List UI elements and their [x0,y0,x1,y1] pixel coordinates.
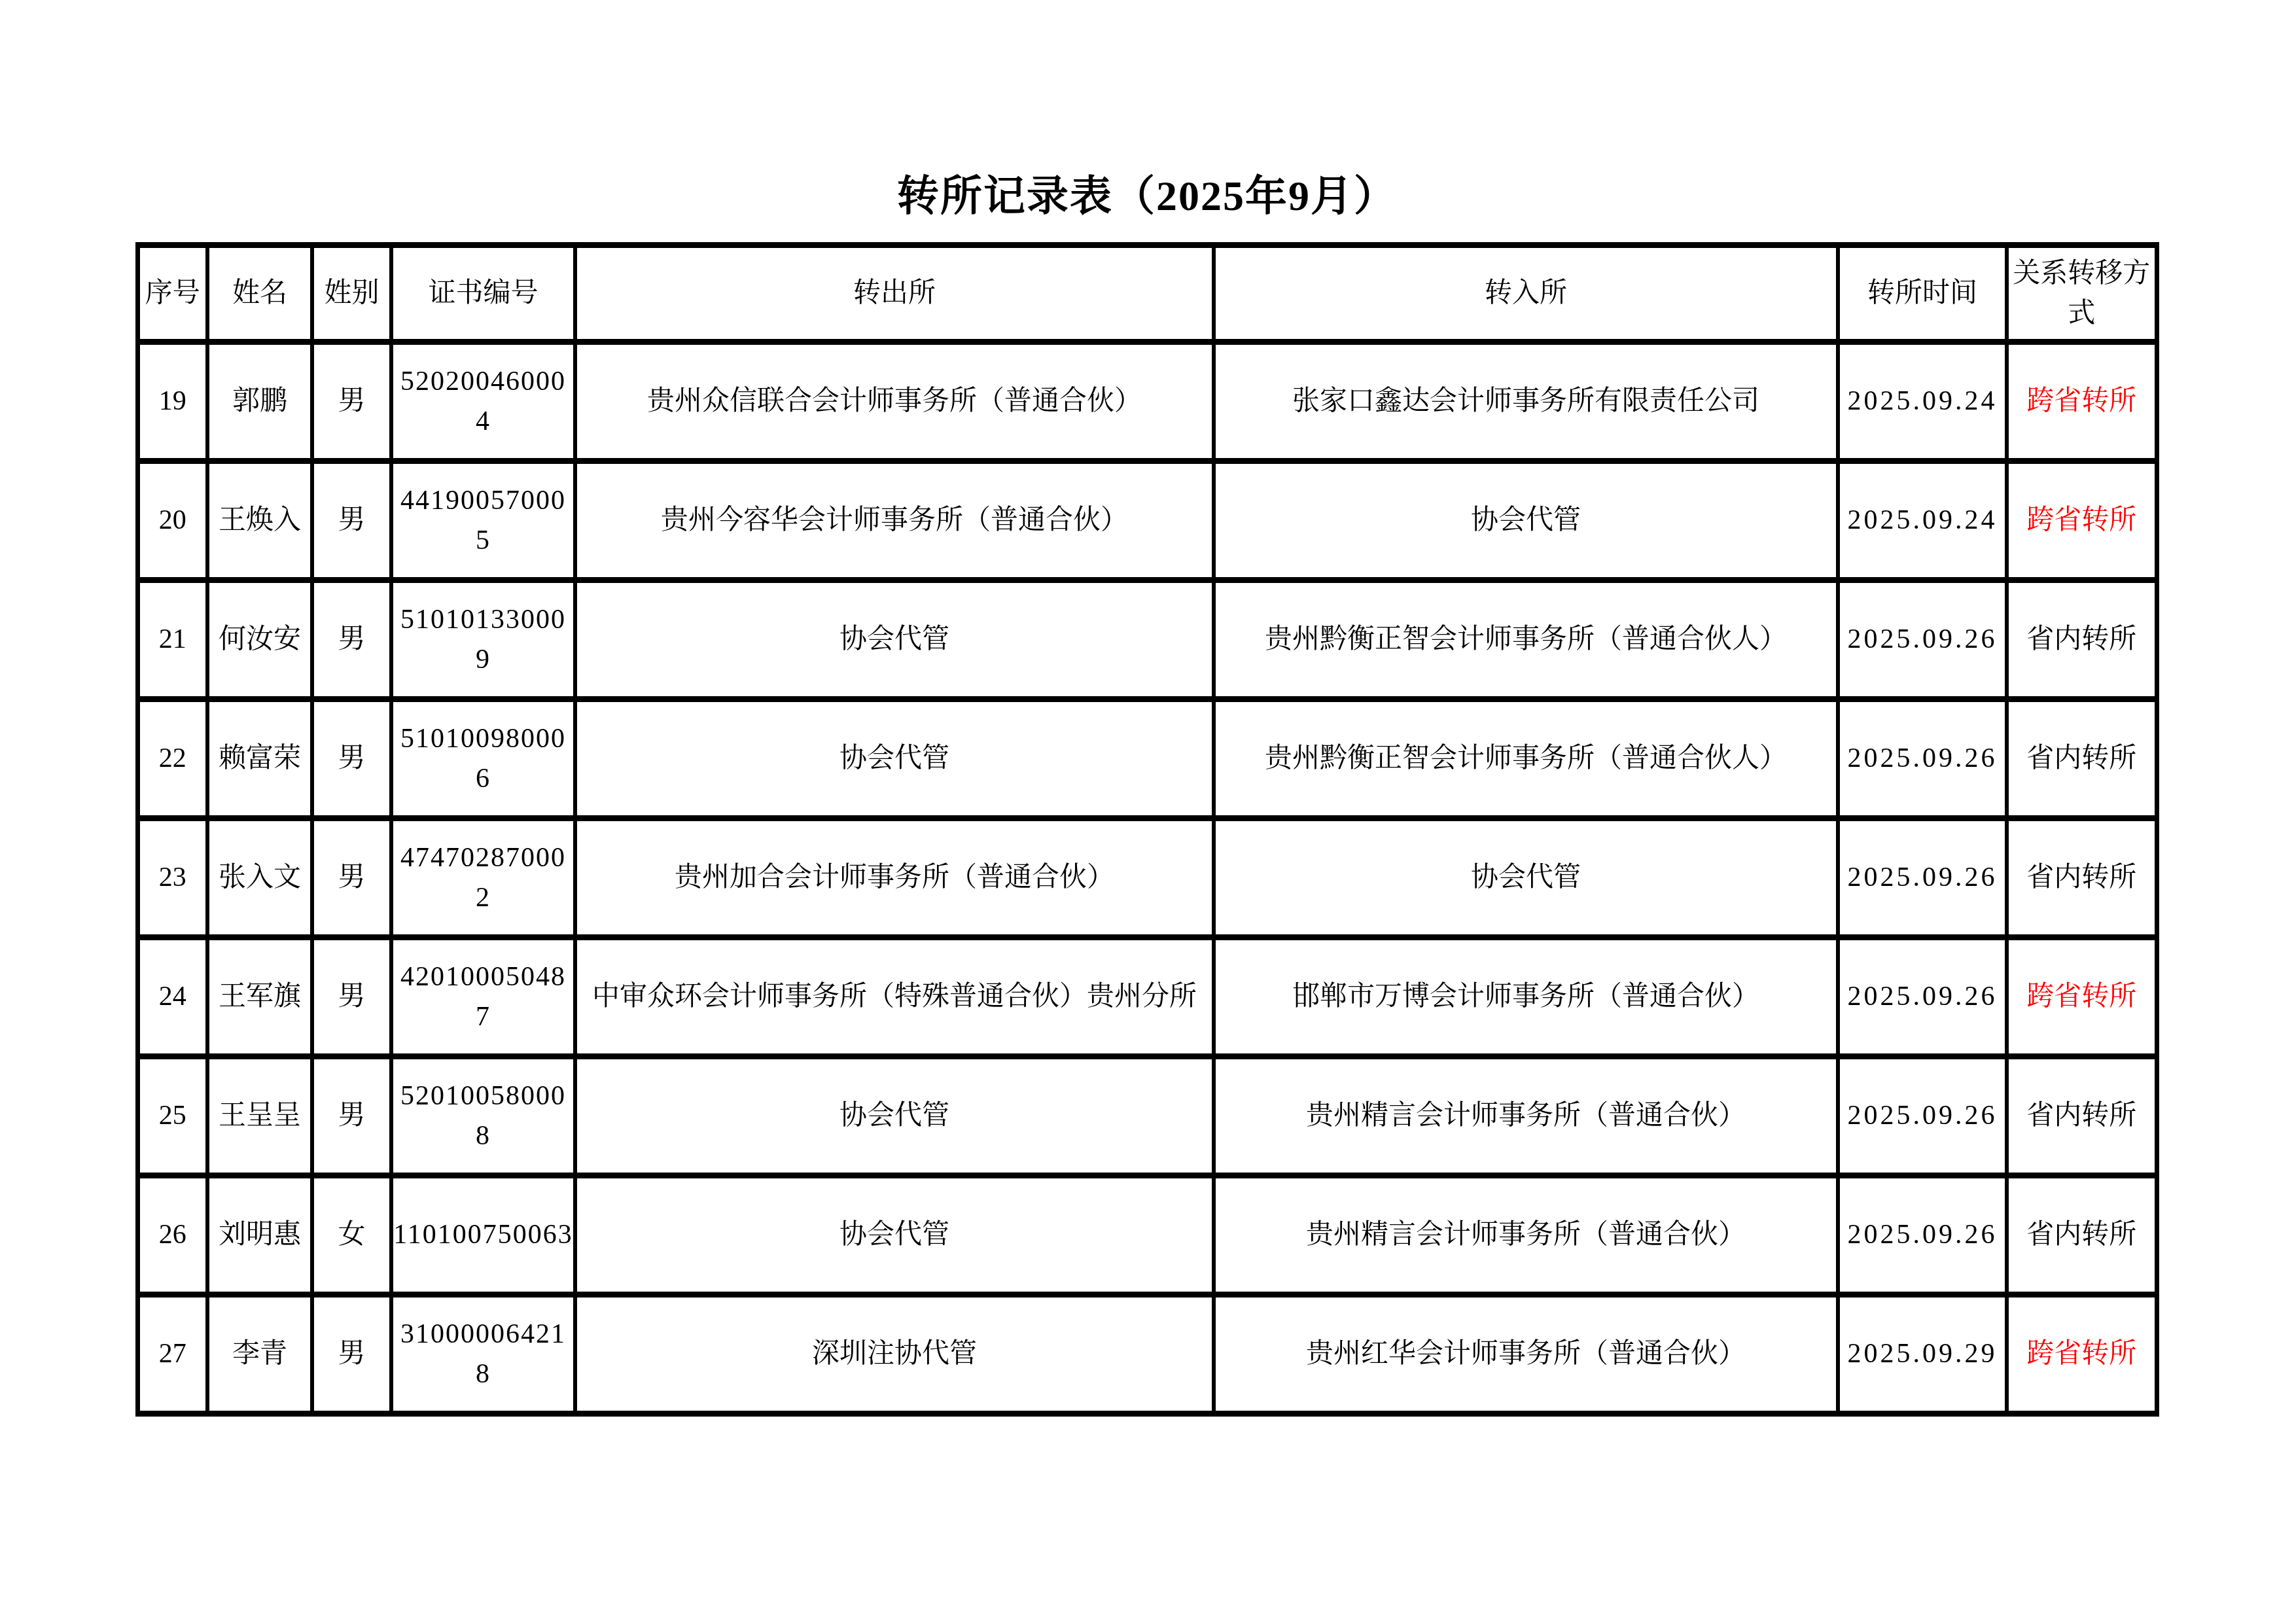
transfer-method-cell: 跨省转所 [2007,342,2157,461]
transfer-method-cell: 省内转所 [2007,819,2157,938]
name-cell: 李青 [207,1295,312,1414]
name-cell: 刘明惠 [207,1176,312,1295]
col-header-name: 姓名 [207,245,312,342]
transfer-method-cell: 省内转所 [2007,1176,2157,1295]
sequence-number-cell: 25 [137,1057,207,1176]
col-header-from: 转出所 [575,245,1214,342]
transfer-in-firm-cell: 贵州精言会计师事务所（普通合伙） [1214,1176,1838,1295]
document-page: 转所记录表（2025年9月） 序号 姓名 姓别 证书编号 转出所 转入所 转所时… [0,0,2294,1624]
certificate-no-cell: 474702870002 [391,819,575,938]
certificate-no-cell: 510101330009 [391,580,575,699]
sequence-number-cell: 19 [137,342,207,461]
gender-cell: 男 [312,938,391,1057]
table-row: 23 张入文 男 474702870002 贵州加合会计师事务所（普通合伙） 协… [137,819,2157,938]
gender-cell: 男 [312,1057,391,1176]
gender-cell: 男 [312,699,391,819]
table-row: 20 王焕入 男 441900570005 贵州今容华会计师事务所（普通合伙） … [137,461,2157,580]
transfer-out-firm-cell: 贵州众信联合会计师事务所（普通合伙） [575,342,1214,461]
gender-cell: 男 [312,580,391,699]
certificate-no-cell: 520200460004 [391,342,575,461]
transfer-date-cell: 2025.09.26 [1838,699,2007,819]
page-title: 转所记录表（2025年9月） [0,0,2294,219]
transfer-method-cell: 跨省转所 [2007,938,2157,1057]
transfer-date-cell: 2025.09.26 [1838,938,2007,1057]
transfer-in-firm-cell: 协会代管 [1214,819,1838,938]
table-header-row: 序号 姓名 姓别 证书编号 转出所 转入所 转所时间 关系转移方式 [137,245,2157,342]
certificate-no-cell: 110100750063 [391,1176,575,1295]
transfer-date-cell: 2025.09.24 [1838,342,2007,461]
gender-cell: 男 [312,342,391,461]
sequence-number-cell: 20 [137,461,207,580]
transfer-out-firm-cell: 深圳注协代管 [575,1295,1214,1414]
table-body: 19 郭鹏 男 520200460004 贵州众信联合会计师事务所（普通合伙） … [137,342,2157,1414]
transfer-in-firm-cell: 协会代管 [1214,461,1838,580]
transfer-date-cell: 2025.09.29 [1838,1295,2007,1414]
transfer-method-cell: 省内转所 [2007,699,2157,819]
transfer-out-firm-cell: 协会代管 [575,1057,1214,1176]
transfer-out-firm-cell: 协会代管 [575,1176,1214,1295]
table-row: 26 刘明惠 女 110100750063 协会代管 贵州精言会计师事务所（普通… [137,1176,2157,1295]
sequence-number-cell: 24 [137,938,207,1057]
gender-cell: 女 [312,1176,391,1295]
name-cell: 张入文 [207,819,312,938]
sequence-number-cell: 22 [137,699,207,819]
transfer-date-cell: 2025.09.24 [1838,461,2007,580]
table-row: 22 赖富荣 男 510100980006 协会代管 贵州黔衡正智会计师事务所（… [137,699,2157,819]
name-cell: 赖富荣 [207,699,312,819]
transfer-method-cell: 省内转所 [2007,1057,2157,1176]
sequence-number-cell: 27 [137,1295,207,1414]
transfer-in-firm-cell: 邯郸市万博会计师事务所（普通合伙） [1214,938,1838,1057]
name-cell: 王呈呈 [207,1057,312,1176]
sequence-number-cell: 26 [137,1176,207,1295]
gender-cell: 男 [312,1295,391,1414]
col-header-method: 关系转移方式 [2007,245,2157,342]
name-cell: 王军旗 [207,938,312,1057]
certificate-no-cell: 510100980006 [391,699,575,819]
transfer-in-firm-cell: 贵州黔衡正智会计师事务所（普通合伙人） [1214,699,1838,819]
gender-cell: 男 [312,819,391,938]
certificate-no-cell: 420100050487 [391,938,575,1057]
table-row: 19 郭鹏 男 520200460004 贵州众信联合会计师事务所（普通合伙） … [137,342,2157,461]
transfer-out-firm-cell: 协会代管 [575,699,1214,819]
table-row: 25 王呈呈 男 520100580008 协会代管 贵州精言会计师事务所（普通… [137,1057,2157,1176]
gender-cell: 男 [312,461,391,580]
certificate-no-cell: 310000064218 [391,1295,575,1414]
transfer-record-table: 序号 姓名 姓别 证书编号 转出所 转入所 转所时间 关系转移方式 19 郭鹏 … [135,242,2159,1417]
transfer-out-firm-cell: 贵州加合会计师事务所（普通合伙） [575,819,1214,938]
table-row: 21 何汝安 男 510101330009 协会代管 贵州黔衡正智会计师事务所（… [137,580,2157,699]
transfer-method-cell: 跨省转所 [2007,461,2157,580]
transfer-in-firm-cell: 贵州黔衡正智会计师事务所（普通合伙人） [1214,580,1838,699]
sequence-number-cell: 21 [137,580,207,699]
col-header-gender: 姓别 [312,245,391,342]
col-header-seq: 序号 [137,245,207,342]
transfer-date-cell: 2025.09.26 [1838,1057,2007,1176]
name-cell: 何汝安 [207,580,312,699]
transfer-date-cell: 2025.09.26 [1838,1176,2007,1295]
table-row: 27 李青 男 310000064218 深圳注协代管 贵州红华会计师事务所（普… [137,1295,2157,1414]
col-header-to: 转入所 [1214,245,1838,342]
sequence-number-cell: 23 [137,819,207,938]
transfer-method-cell: 省内转所 [2007,580,2157,699]
transfer-out-firm-cell: 中审众环会计师事务所（特殊普通合伙）贵州分所 [575,938,1214,1057]
transfer-in-firm-cell: 贵州红华会计师事务所（普通合伙） [1214,1295,1838,1414]
certificate-no-cell: 441900570005 [391,461,575,580]
name-cell: 郭鹏 [207,342,312,461]
transfer-in-firm-cell: 贵州精言会计师事务所（普通合伙） [1214,1057,1838,1176]
col-header-cert: 证书编号 [391,245,575,342]
transfer-date-cell: 2025.09.26 [1838,580,2007,699]
transfer-out-firm-cell: 贵州今容华会计师事务所（普通合伙） [575,461,1214,580]
transfer-method-cell: 跨省转所 [2007,1295,2157,1414]
col-header-date: 转所时间 [1838,245,2007,342]
transfer-in-firm-cell: 张家口鑫达会计师事务所有限责任公司 [1214,342,1838,461]
table-row: 24 王军旗 男 420100050487 中审众环会计师事务所（特殊普通合伙）… [137,938,2157,1057]
name-cell: 王焕入 [207,461,312,580]
transfer-date-cell: 2025.09.26 [1838,819,2007,938]
transfer-out-firm-cell: 协会代管 [575,580,1214,699]
certificate-no-cell: 520100580008 [391,1057,575,1176]
